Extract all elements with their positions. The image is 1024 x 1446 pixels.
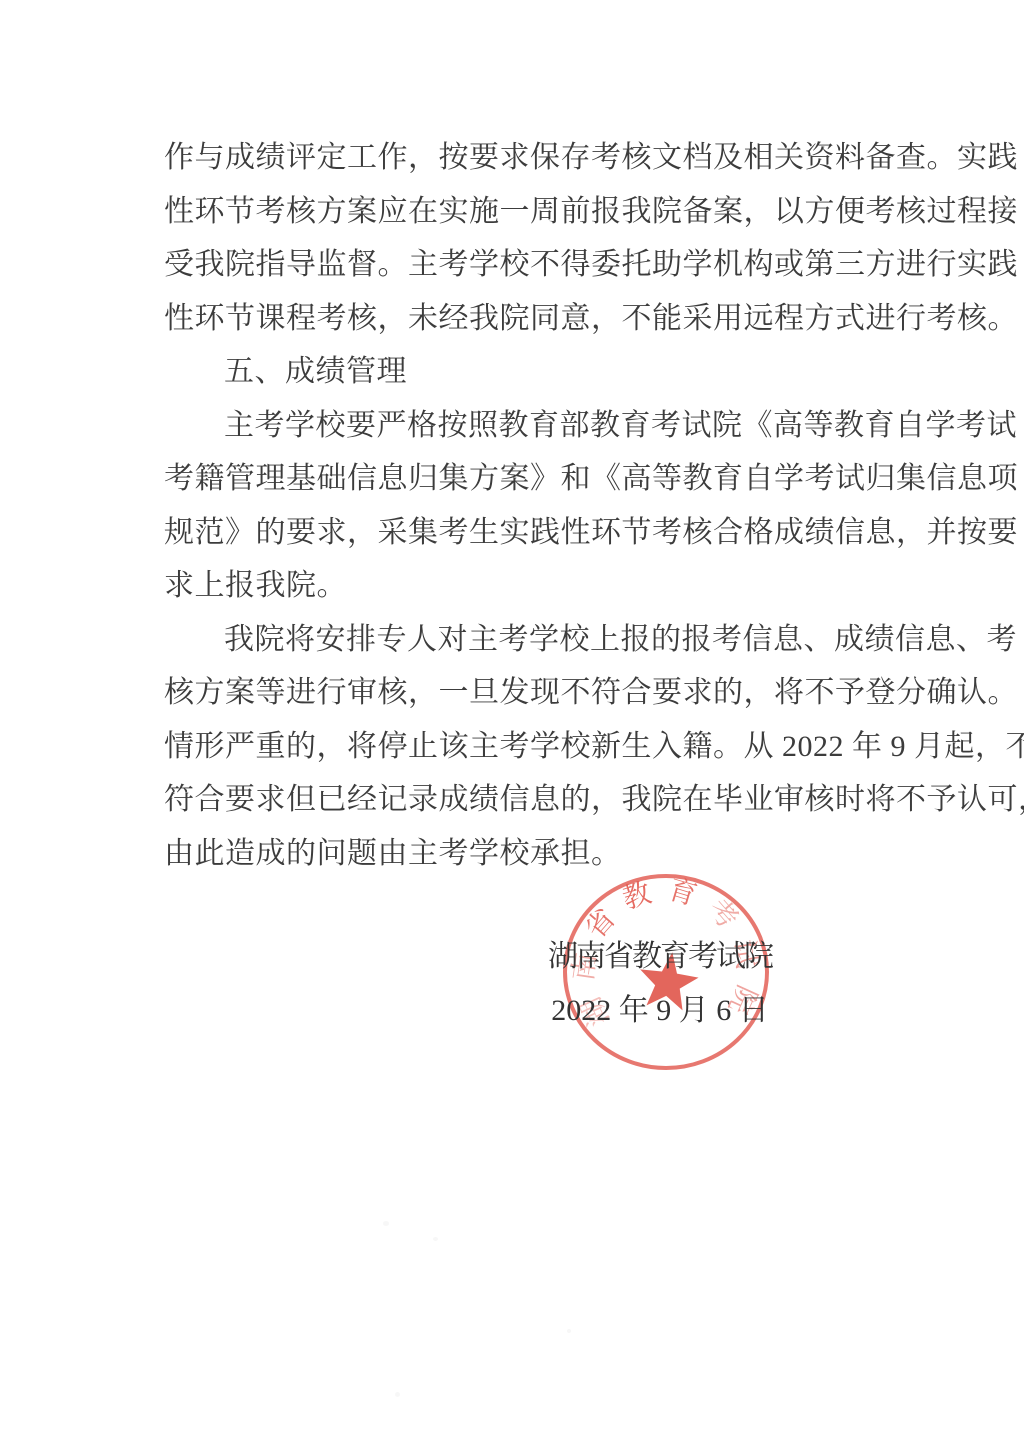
body-line: 主考学校要严格按照教育部教育考试院《高等教育自学考试 xyxy=(164,399,890,453)
body-line: 性环节课程考核，未经我院同意，不能采用远程方式进行考核。 xyxy=(164,292,890,346)
scan-speck xyxy=(567,1329,571,1333)
body-line: 核方案等进行审核，一旦发现不符合要求的，将不予登分确认。 xyxy=(164,666,890,720)
body-line: 情形严重的，将停止该主考学校新生入籍。从 2022 年 9 月起，不 xyxy=(164,720,890,774)
signature-date: 2022 年 9 月 6 日 xyxy=(470,984,850,1037)
scanned-document-page: 湖南省教育考试院 作与成绩评定工作，按要求保存考核文档及相关资料备查。实践 性环… xyxy=(0,0,1024,1446)
body-line: 我院将安排专人对主考学校上报的报考信息、成绩信息、考 xyxy=(164,613,890,667)
body-line: 性环节考核方案应在实施一周前报我院备案，以方便考核过程接 xyxy=(164,185,890,239)
body-line: 求上报我院。 xyxy=(164,559,890,613)
scan-speck xyxy=(395,1392,400,1397)
section-heading: 五、成绩管理 xyxy=(164,345,890,399)
body-line: 规范》的要求，采集考生实践性环节考核合格成绩信息，并按要 xyxy=(164,506,890,560)
body-line: 符合要求但已经记录成绩信息的，我院在毕业审核时将不予认可， xyxy=(164,773,890,827)
signature-organization: 湖南省教育考试院 xyxy=(470,930,850,983)
body-line: 受我院指导监督。主考学校不得委托助学机构或第三方进行实践 xyxy=(164,238,890,292)
body-line: 作与成绩评定工作，按要求保存考核文档及相关资料备查。实践 xyxy=(164,131,890,185)
document-body: 作与成绩评定工作，按要求保存考核文档及相关资料备查。实践 性环节考核方案应在实施… xyxy=(164,131,890,880)
scan-speck xyxy=(433,1237,438,1241)
body-line: 考籍管理基础信息归集方案》和《高等教育自学考试归集信息项 xyxy=(164,452,890,506)
scan-speck xyxy=(383,1221,389,1226)
body-line: 由此造成的问题由主考学校承担。 xyxy=(164,827,890,881)
